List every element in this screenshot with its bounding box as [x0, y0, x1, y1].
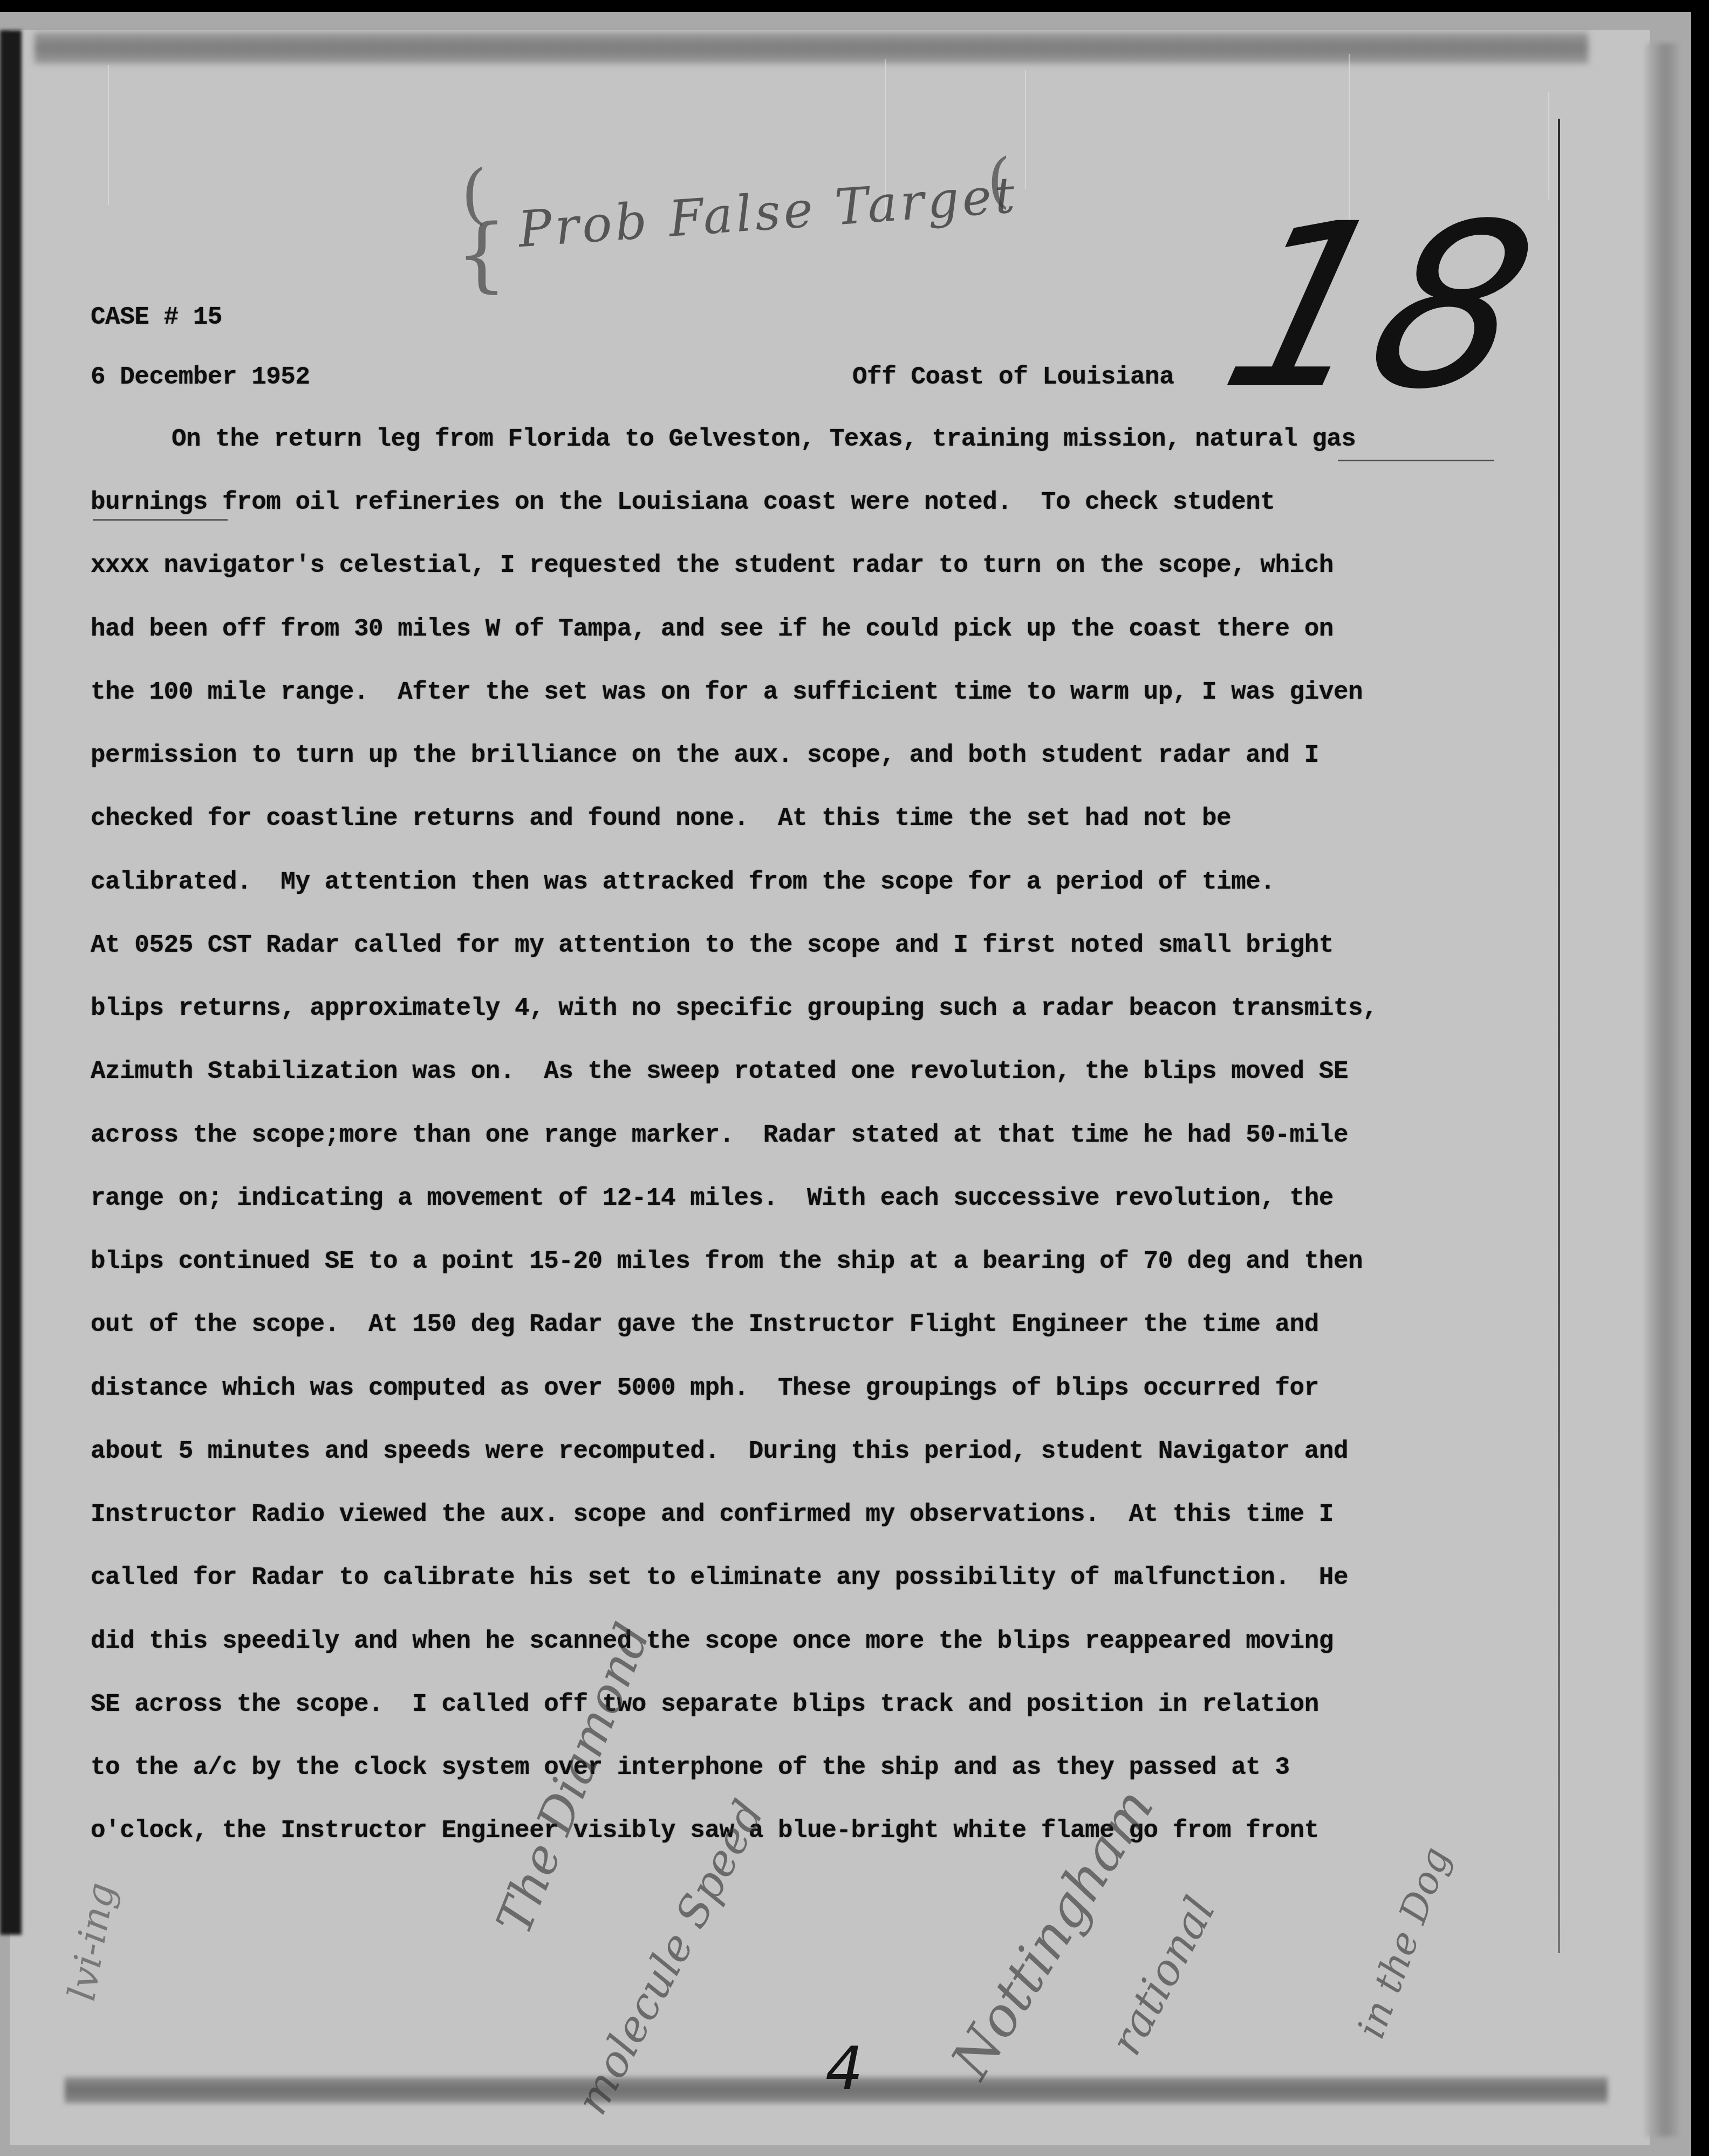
- body-line: had been off from 30 miles W of Tampa, a…: [91, 615, 1334, 643]
- handwritten-paren-left-2: {: [456, 208, 507, 302]
- body-line: across the scope;more than one range mar…: [91, 1121, 1348, 1149]
- body-line: At 0525 CST Radar called for my attentio…: [91, 931, 1334, 959]
- film-scratch: [108, 65, 109, 205]
- body-line: out of the scope. At 150 deg Radar gave …: [91, 1311, 1319, 1339]
- right-shadow-band: [1645, 43, 1678, 2137]
- right-margin-rule: [1558, 119, 1560, 1953]
- body-line: xxxx navigator's celestial, I requested …: [91, 551, 1334, 579]
- body-line: Azimuth Stabilization was on. As the swe…: [91, 1057, 1348, 1086]
- body-line: did this speedily and when he scanned th…: [91, 1627, 1334, 1655]
- body-line: about 5 minutes and speeds were recomput…: [91, 1437, 1348, 1465]
- case-number: CASE # 15: [91, 303, 222, 331]
- report-date: 6 December 1952: [91, 363, 310, 391]
- body-line: burnings from oil refineries on the Loui…: [91, 488, 1275, 516]
- underline-burnings: [93, 519, 228, 521]
- body-line: On the return leg from Florida to Gelves…: [172, 425, 1356, 453]
- body-line: the 100 mile range. After the set was on…: [91, 678, 1363, 706]
- report-location: Off Coast of Louisiana: [852, 363, 1174, 391]
- typed-document: CASE # 15 6 December 1952 Off Coast of L…: [0, 0, 29, 786]
- body-line: calibrated. My attention then was attrac…: [91, 868, 1275, 896]
- handwritten-page-number: 18: [1207, 194, 1552, 421]
- body-line: permission to turn up the brilliance on …: [91, 741, 1319, 769]
- body-line: called for Radar to calibrate his set to…: [91, 1564, 1348, 1592]
- page-number: 4: [825, 2034, 863, 2103]
- top-shadow-band: [35, 32, 1588, 64]
- body-line: blips returns, approximately 4, with no …: [91, 994, 1377, 1022]
- underline-natural-gas: [1338, 460, 1494, 461]
- body-line: to the a/c by the clock system over inte…: [91, 1754, 1290, 1782]
- film-scratch: [1025, 70, 1026, 189]
- body-line: checked for coastline returns and found …: [91, 804, 1231, 833]
- body-line: range on; indicating a movement of 12-14…: [91, 1184, 1334, 1212]
- body-line: distance which was computed as over 5000…: [91, 1374, 1319, 1402]
- body-line: Instructor Radio viewed the aux. scope a…: [91, 1500, 1334, 1529]
- body-line: blips continued SE to a point 15-20 mile…: [91, 1247, 1363, 1275]
- body-line: SE across the scope. I called off two se…: [91, 1690, 1319, 1718]
